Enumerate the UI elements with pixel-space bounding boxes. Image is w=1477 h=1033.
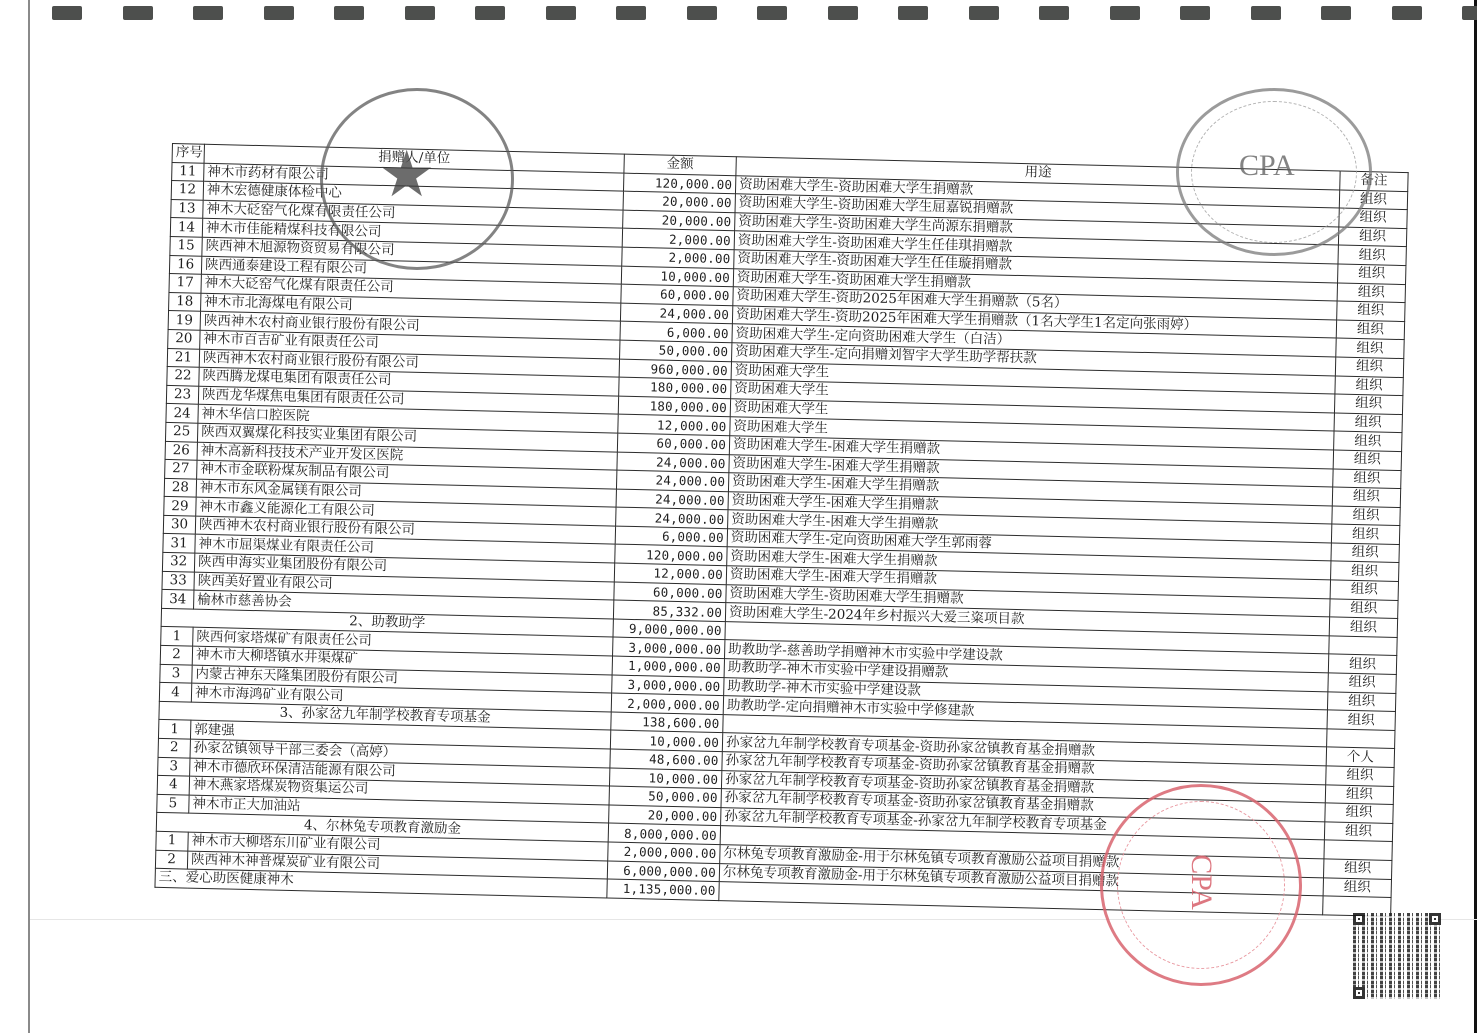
redaction-block [1180,6,1210,20]
official-seal-left: ★ [320,88,514,270]
row-seq: 33 [162,571,194,590]
row-seq: 2 [160,645,192,664]
row-seq: 32 [162,552,194,571]
row-seq: 4 [159,683,191,702]
row-remark: 组织 [1328,654,1396,674]
row-remark: 组织 [1331,561,1399,581]
redaction-block [193,6,223,20]
row-amount: 2,000,000.00 [611,693,723,714]
row-remark: 组织 [1332,487,1400,507]
redaction-block [405,6,435,20]
redaction-block [616,6,646,20]
row-amount: 1,000,000.00 [612,656,724,677]
row-remark: 组织 [1337,283,1405,303]
row-amount: 3,000,000.00 [613,637,725,658]
redaction-block [1462,6,1477,20]
row-amount: 6,000,000.00 [607,861,719,882]
row-seq: 3 [160,664,192,683]
row-seq: 2 [155,850,187,869]
redaction-block [1039,6,1069,20]
redaction-block [969,6,999,20]
row-seq: 30 [163,515,195,534]
redaction-block [123,6,153,20]
row-seq: 24 [166,404,198,423]
row-remark [1327,729,1395,749]
row-remark: 组织 [1335,357,1403,377]
row-amount: 9,000,000.00 [613,619,725,640]
row-seq: 28 [164,478,196,497]
row-remark: 组织 [1336,320,1404,340]
row-remark [1324,840,1392,860]
row-remark: 组织 [1331,524,1399,544]
row-seq: 21 [167,348,199,367]
redaction-block [828,6,858,20]
row-remark: 组织 [1338,264,1406,284]
redaction-block [334,6,364,20]
redaction-block [1321,6,1351,20]
redaction-block [757,6,787,20]
row-seq: 12 [171,181,203,200]
row-seq: 13 [171,199,203,218]
qr-finder-icon [1353,987,1365,999]
row-seq: 20 [168,329,200,348]
redaction-block [546,6,576,20]
row-remark: 组织 [1328,673,1396,693]
row-remark: 组织 [1337,301,1405,321]
row-remark: 组织 [1325,784,1393,804]
row-remark: 组织 [1330,580,1398,600]
row-remark: 组织 [1325,803,1393,823]
row-seq: 1 [161,627,193,646]
row-remark: 组织 [1324,859,1392,879]
row-remark: 组织 [1335,376,1403,396]
row-seq: 22 [167,367,199,386]
header-seq: 序号 [172,144,204,163]
row-remark: 组织 [1327,710,1395,730]
row-remark: 组织 [1330,599,1398,619]
row-remark: 组织 [1324,822,1392,842]
redaction-block [687,6,717,20]
row-remark: 组织 [1329,617,1397,637]
qr-finder-icon [1353,913,1365,925]
row-seq: 27 [165,460,197,479]
row-remark: 个人 [1326,747,1394,767]
row-seq: 3 [158,757,190,776]
redaction-block [264,6,294,20]
redaction-block [52,6,82,20]
redacted-header-strip [52,6,1472,24]
redaction-block [1110,6,1140,20]
row-seq: 34 [162,590,194,609]
redaction-block [475,6,505,20]
cpa-seal-text: CPA [1239,149,1295,183]
row-seq: 18 [169,292,201,311]
row-seq: 26 [165,441,197,460]
cpa-seal-red: CPA [1100,784,1302,986]
row-seq: 29 [164,497,196,516]
star-icon: ★ [378,143,435,207]
row-remark: 组织 [1333,450,1401,470]
row-seq: 16 [169,255,201,274]
row-seq: 2 [158,738,190,757]
redaction-block [1392,6,1422,20]
row-remark: 组织 [1331,543,1399,563]
row-remark [1329,636,1397,656]
row-seq: 5 [157,794,189,813]
row-seq: 1 [156,831,188,850]
row-seq: 14 [170,218,202,237]
row-amount: 3,000,000.00 [612,675,724,696]
row-remark: 组织 [1333,468,1401,488]
row-seq: 19 [168,311,200,330]
row-remark: 组织 [1327,692,1395,712]
row-remark: 组织 [1326,766,1394,786]
row-remark: 组织 [1338,245,1406,265]
row-remark: 组织 [1334,431,1402,451]
row-remark: 组织 [1338,227,1406,247]
row-seq: 23 [166,385,198,404]
row-seq: 11 [172,162,204,181]
row-remark: 组织 [1334,413,1402,433]
row-seq: 4 [157,776,189,795]
row-amount: 8,000,000.00 [608,823,720,844]
row-seq: 1 [158,720,190,739]
cpa-seal-red-text: CPA [1184,854,1218,910]
row-remark: 组织 [1323,877,1391,897]
row-seq: 31 [163,534,195,553]
row-remark: 组织 [1332,506,1400,526]
qr-code-icon[interactable] [1353,913,1441,999]
row-amount: 1,135,000.00 [607,879,719,900]
row-seq: 25 [165,422,197,441]
redaction-block [1251,6,1281,20]
redaction-block [898,6,928,20]
row-seq: 17 [169,274,201,293]
qr-finder-icon [1429,913,1441,925]
cpa-seal-top: CPA [1176,88,1372,256]
row-seq: 15 [170,236,202,255]
row-remark: 组织 [1334,394,1402,414]
row-amount: 2,000,000.00 [608,842,720,863]
row-remark: 组织 [1336,338,1404,358]
page-edge-left [28,0,30,1033]
